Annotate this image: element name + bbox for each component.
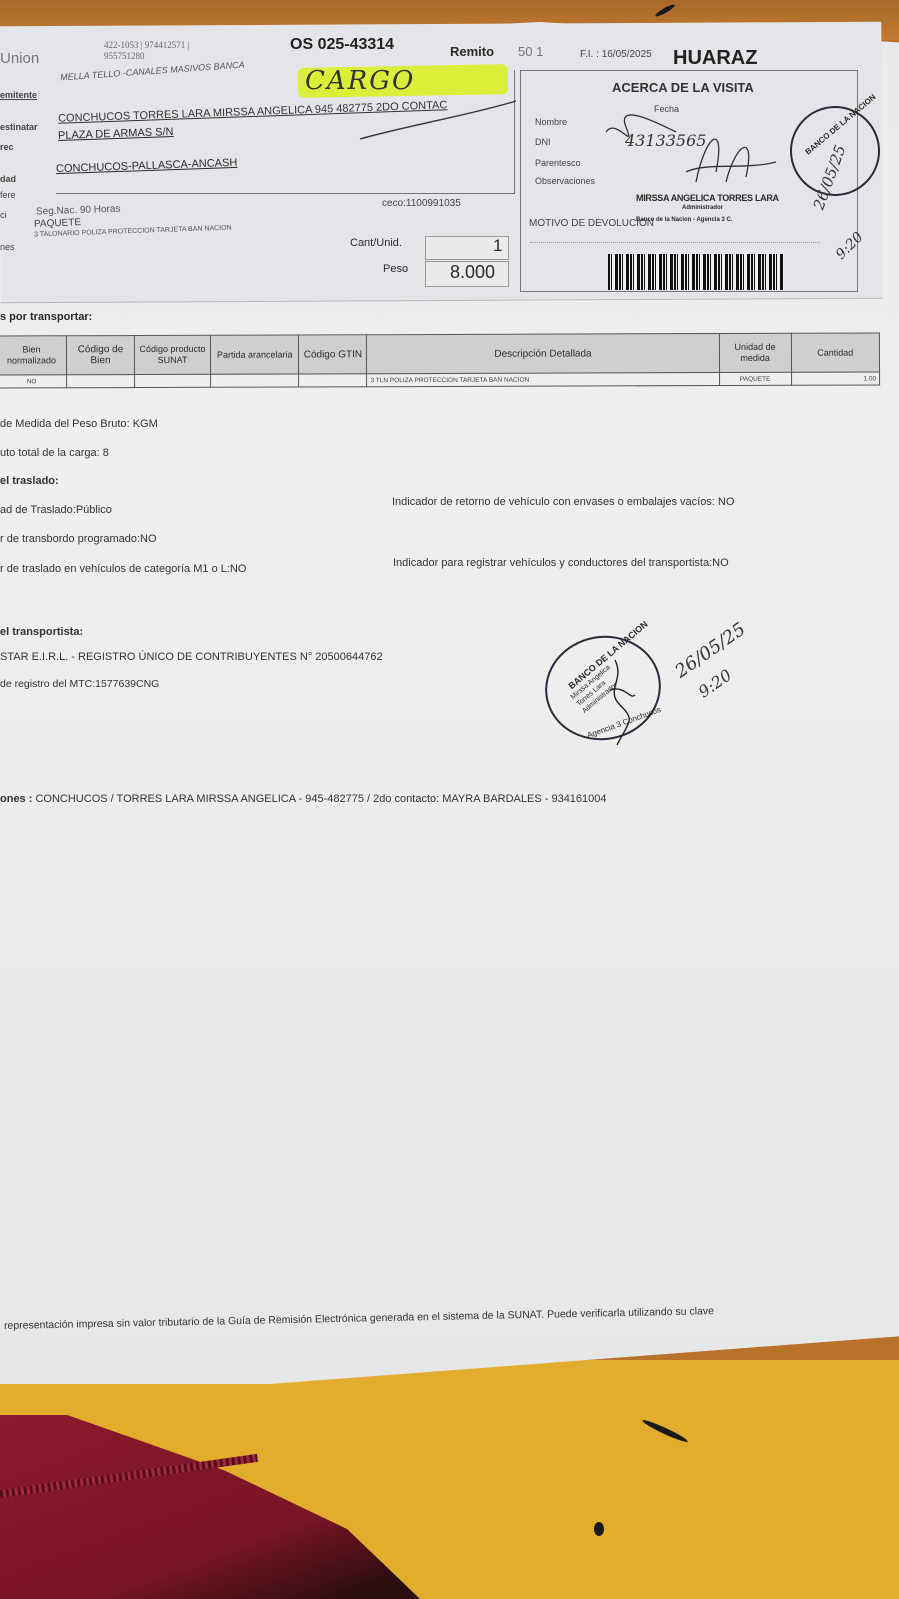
observations-label: ones : bbox=[0, 793, 32, 805]
visit-dni-label: DNI bbox=[535, 137, 551, 147]
carrier-name: STAR E.I.R.L. - REGISTRO ÚNICO DE CONTRI… bbox=[0, 651, 383, 663]
table-cell: 3 TLN POLIZA PROTECCION TARJETA BAN NACI… bbox=[367, 373, 719, 387]
courier-phones: 422-1053 | 974412571 | 955751280 bbox=[104, 40, 189, 62]
destination-city: HUARAZ bbox=[673, 47, 757, 70]
weight-unit: de Medida del Peso Bruto: KGM bbox=[0, 418, 158, 430]
reference-label: fere bbox=[0, 190, 16, 200]
return-indicator: Indicador de retorno de vehículo con env… bbox=[392, 496, 734, 508]
carrier-mtc: de registro del MTC:1577639CNG bbox=[0, 678, 159, 690]
quantity-label: Cant/Unid. bbox=[350, 237, 402, 249]
column-header: Bien normalizado bbox=[0, 336, 67, 375]
quantity-value: 1 bbox=[493, 236, 502, 256]
stamp-branch: Banco de la Nacion - Agencia 3 C. bbox=[636, 217, 732, 223]
handwritten-cargo: CARGO bbox=[305, 66, 415, 96]
issue-date-label: F.I. : bbox=[580, 49, 599, 60]
address-label: rec bbox=[0, 142, 14, 152]
recipient-label: estinatar bbox=[0, 122, 38, 132]
column-header: Partida arancelaria bbox=[211, 335, 299, 374]
observations-text: CONCHUCOS / TORRES LARA MIRSSA ANGELICA … bbox=[35, 793, 606, 805]
pen-stroke-icon bbox=[320, 95, 520, 145]
column-header: Código de Bien bbox=[66, 336, 134, 375]
goods-table: Bien normalizado Código de Bien Código p… bbox=[0, 332, 880, 388]
stamp-name: MIRSSA ANGELICA TORRES LARA bbox=[636, 193, 779, 203]
package-type: PAQUETE bbox=[34, 217, 81, 230]
table-row: NO 3 TLN POLIZA PROTECCION TARJETA BAN N… bbox=[0, 372, 880, 388]
register-indicator: Indicador para registrar vehículos y con… bbox=[393, 557, 729, 569]
transfer-mode: ad de Traslado:Público bbox=[0, 504, 112, 516]
table-cell bbox=[135, 374, 211, 387]
cost-center: ceco:1100991035 bbox=[382, 198, 461, 209]
visit-name-label: Nombre bbox=[535, 117, 567, 127]
column-header: Cantidad bbox=[791, 333, 879, 372]
weight-value: 8.000 bbox=[450, 262, 495, 283]
seal-signature-icon bbox=[595, 650, 645, 750]
remito-number: 50 1 bbox=[518, 44, 543, 59]
observations: ones : CONCHUCOS / TORRES LARA MIRSSA AN… bbox=[0, 793, 607, 805]
transshipment-indicator: r de transbordo programado:NO bbox=[0, 533, 157, 545]
weight-label: Peso bbox=[383, 263, 408, 275]
remito-label: Remito bbox=[450, 44, 494, 59]
visit-observations-label: Observaciones bbox=[535, 176, 595, 186]
table-cell bbox=[299, 374, 367, 387]
table-cell bbox=[67, 375, 135, 388]
barcode bbox=[608, 254, 784, 290]
goods-section-title: s por transportar: bbox=[0, 311, 92, 323]
signature-icon bbox=[596, 112, 786, 192]
column-header: Código GTIN bbox=[299, 335, 367, 374]
m1-indicator: r de traslado en vehículos de categoría … bbox=[0, 563, 246, 575]
column-header: Unidad de medida bbox=[719, 333, 791, 372]
stamp-role: Administrador bbox=[682, 205, 723, 211]
order-number: OS 025-43314 bbox=[290, 36, 394, 54]
phone-line: 955751280 bbox=[104, 51, 189, 62]
total-weight: uto total de la carga: 8 bbox=[0, 447, 109, 459]
notes-label: nes bbox=[0, 242, 15, 252]
visit-relationship-label: Parentesco bbox=[535, 158, 581, 168]
surface-mark bbox=[594, 1522, 604, 1536]
table-cell bbox=[211, 374, 299, 387]
return-reason-line bbox=[530, 242, 820, 243]
courier-logo: Union bbox=[0, 50, 39, 67]
service-label: ci bbox=[0, 210, 7, 220]
issue-date: F.I. : 16/05/2025 bbox=[580, 49, 652, 60]
table-cell: NO bbox=[0, 375, 67, 388]
table-cell: 1.00 bbox=[791, 372, 879, 385]
column-header: Código producto SUNAT bbox=[134, 335, 210, 374]
city-label: dad bbox=[0, 174, 16, 184]
transfer-section-title: el traslado: bbox=[0, 475, 59, 487]
phone-line: 422-1053 | 974412571 | bbox=[104, 40, 189, 51]
carrier-section-title: el transportista: bbox=[0, 626, 83, 638]
table-cell: PAQUETE bbox=[719, 372, 791, 385]
sender-label: emitente bbox=[0, 90, 37, 100]
column-header: Descripción Detallada bbox=[367, 334, 719, 374]
visit-title: ACERCA DE LA VISITA bbox=[612, 80, 754, 95]
issue-date-value: 16/05/2025 bbox=[602, 49, 652, 60]
